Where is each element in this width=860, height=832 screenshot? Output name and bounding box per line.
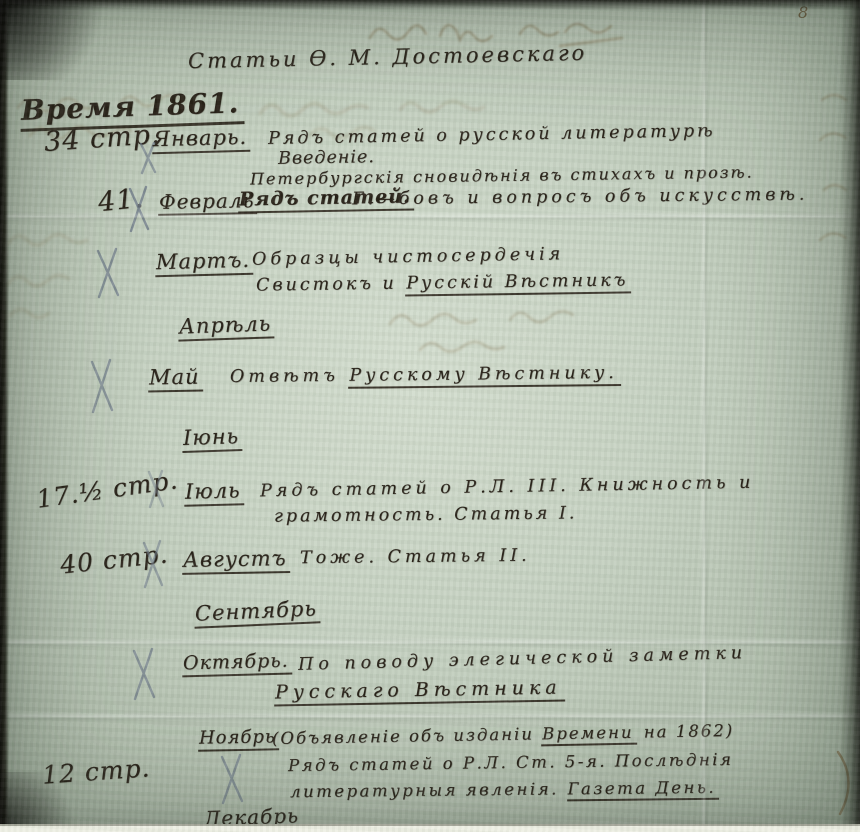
dark-corner-top-left <box>0 0 120 80</box>
march-line2-plain: Свистокъ и <box>256 274 406 296</box>
march-line2-underlined: Русскій Вѣстникъ <box>405 270 631 296</box>
page-title: Статьи Ѳ. М. Достоевскаго <box>188 42 588 73</box>
check-x-mark-august <box>140 538 166 590</box>
check-x-mark-may <box>88 356 116 416</box>
dark-corner-bottom-left <box>0 772 90 832</box>
month-june: Іюнь <box>182 425 243 453</box>
march-line1: Образцы чистосердечія <box>252 245 564 270</box>
november-line1-underlined: Времени <box>541 723 637 747</box>
month-january: Январь. <box>152 126 251 155</box>
november-line2: Рядъ статей о Р.Л. Ст. 5-я. Послѣднія <box>288 751 734 775</box>
february-line1: Г.—бовъ и вопросъ объ искусствѣ. <box>352 186 809 210</box>
page-edge-bottom <box>0 824 860 832</box>
month-march: Мартъ. <box>155 249 254 278</box>
check-x-mark-march <box>94 246 122 300</box>
may-line1-underlined: Русскому Вѣстнику. <box>348 363 621 389</box>
july-line2: грамотность. Статья I. <box>274 504 578 526</box>
january-line1: Рядъ статей о русской литературѣ <box>268 122 716 149</box>
november-line1-prefix: (Объявленіе объ изданіи <box>272 724 541 748</box>
page-edge-top <box>0 0 860 10</box>
august-line1: Тоже. Статья II. <box>300 547 531 569</box>
may-line1-plain: Отвѣтъ <box>230 366 349 387</box>
november-line3-underlined: Газета День. <box>566 778 719 802</box>
march-line2: Свистокъ и Русскій Вѣстникъ <box>256 271 632 295</box>
check-x-mark-july <box>146 468 166 510</box>
month-may: Май <box>148 366 203 393</box>
may-line1: Отвѣтъ Русскому Вѣстнику. <box>230 364 621 387</box>
july-line1: Рядъ статей о Р.Л. III. Книжность и <box>260 474 755 502</box>
check-x-mark-october <box>130 646 158 702</box>
page-edge-right <box>840 0 860 832</box>
october-line1: По поводу элегической заметки <box>298 644 747 675</box>
month-september: Сентябрь <box>193 597 320 629</box>
page-edge-left <box>0 0 9 832</box>
month-july: Іюль <box>184 479 244 507</box>
november-line3-plain: литературныя явленія. <box>290 779 567 801</box>
manuscript-page: 8 Статьи Ѳ. М. Достоевскаго Время 1861. … <box>0 0 860 832</box>
month-april: Апрѣль <box>178 312 275 341</box>
month-august: Августъ <box>182 547 290 575</box>
bleedthrough-scribble-april-row <box>380 296 800 366</box>
november-line1-suffix: на 1862) <box>636 721 734 742</box>
january-line2: Введеніе. <box>278 148 375 169</box>
check-x-mark-november <box>218 752 246 806</box>
check-x-mark-february <box>126 184 152 234</box>
month-november: Ноябрь <box>198 727 279 751</box>
month-october: Октябрь. <box>182 651 292 678</box>
november-line1: (Объявленіе объ изданіи Времени на 1862) <box>272 722 734 748</box>
november-line3: литературныя явленія. Газета День. <box>290 779 719 802</box>
october-line2: Русскаго Вѣстника <box>274 677 565 706</box>
